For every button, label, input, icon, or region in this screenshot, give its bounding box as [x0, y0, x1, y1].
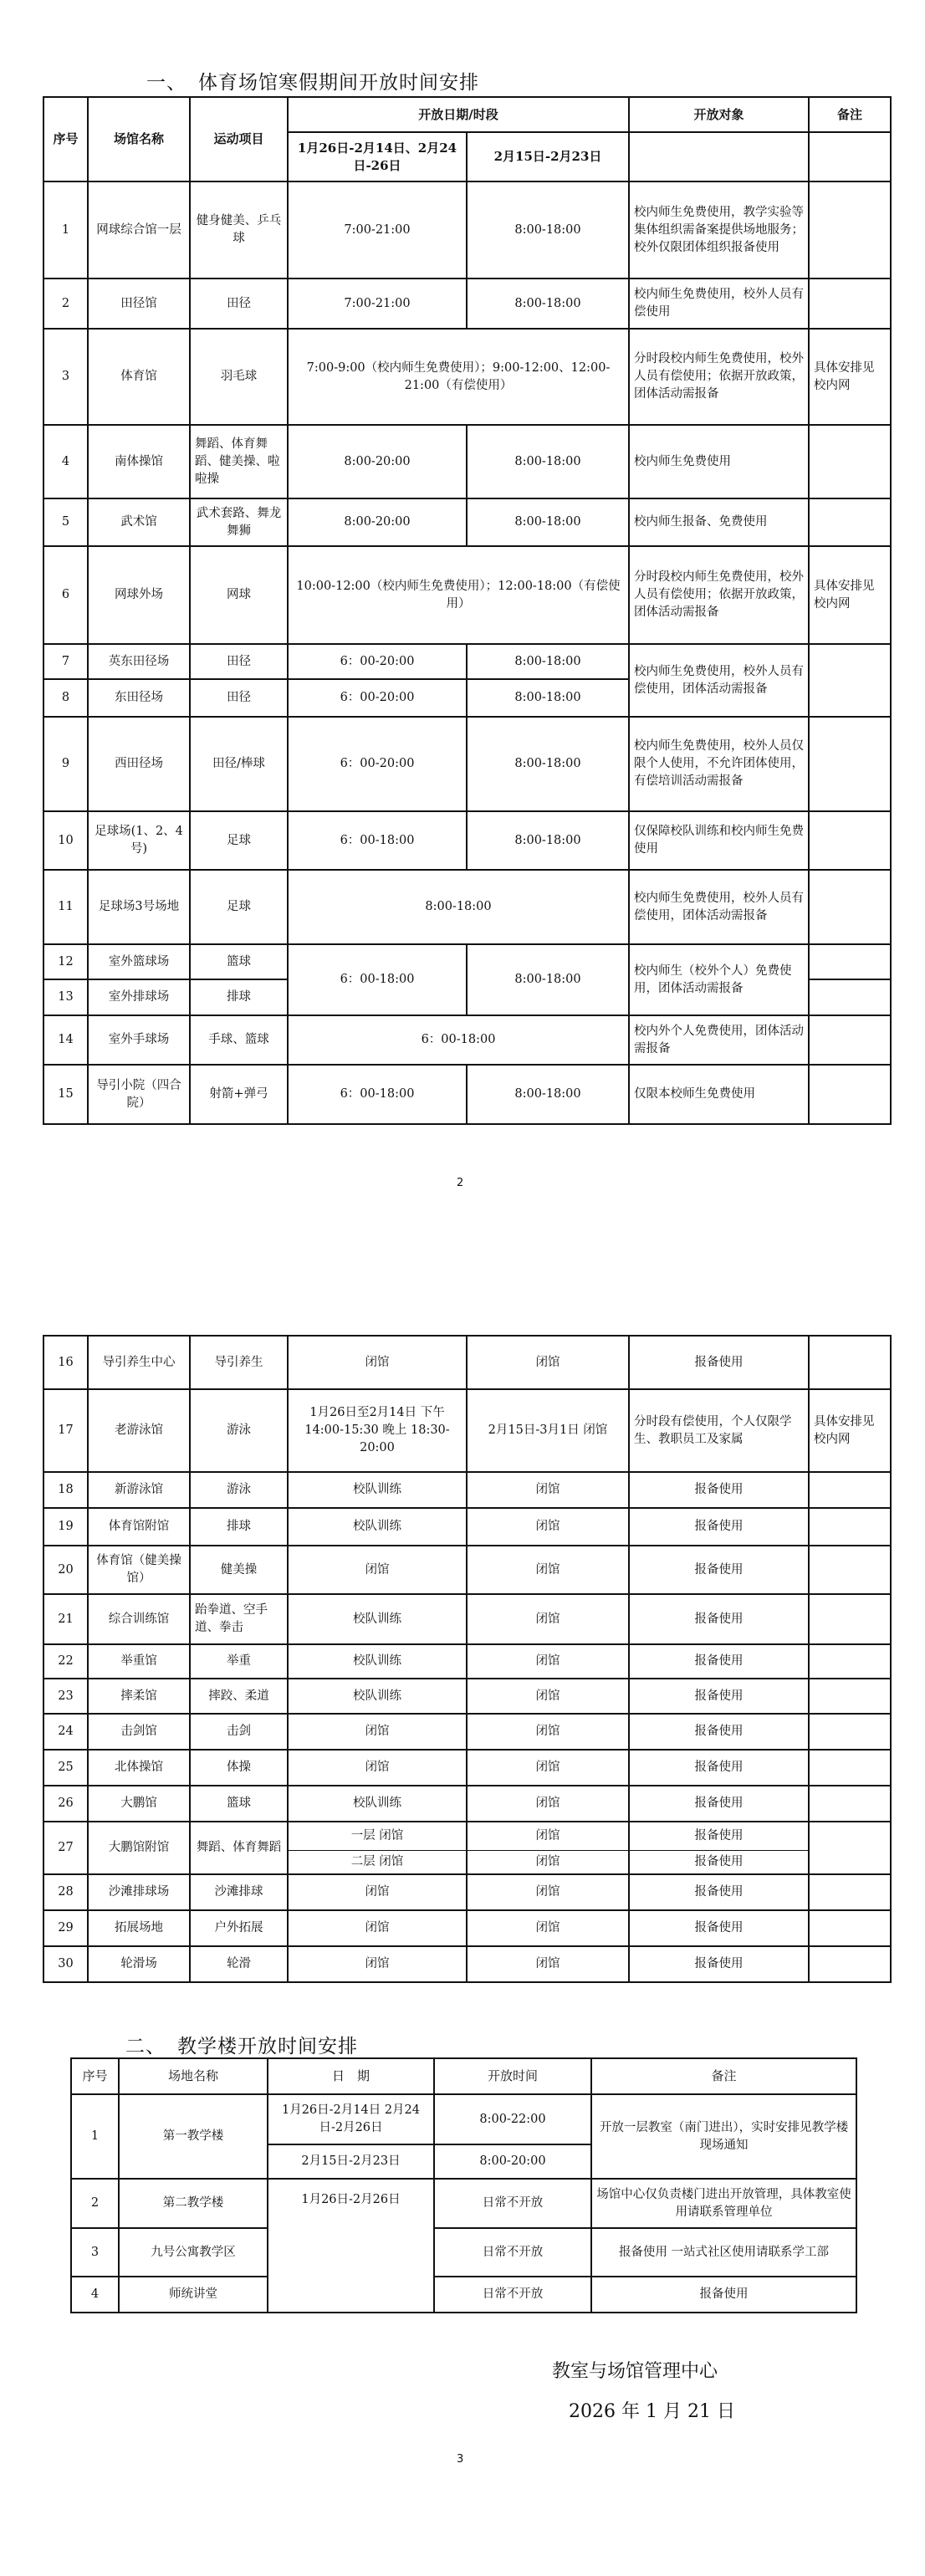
sports-venue-table-continued: 16 导引养生中心 导引养生 闭馆 闭馆 报备使用 17 老游泳馆 游泳 1月2… — [43, 1335, 892, 1983]
cell-remark — [809, 1336, 891, 1389]
signature-date: 2026 年 1 月 21 日 — [569, 2397, 735, 2423]
cell-no: 9 — [43, 717, 88, 811]
cell-sport: 田径 — [190, 279, 288, 329]
cell-remark — [809, 498, 891, 546]
header-date: 日 期 — [268, 2058, 434, 2094]
cell-venue: 网球综合馆一层 — [88, 181, 190, 279]
table-row: 30 轮滑场 轮滑 闭馆 闭馆 报备使用 — [43, 1946, 891, 1982]
cell-period-b: 8:00-18:00 — [467, 717, 629, 811]
header-period-a: 1月26日-2月14日、2月24日-26日 — [288, 132, 467, 181]
cell-period-a: 7:00-21:00 — [288, 279, 467, 329]
cell-time: 8:00-22:00 — [434, 2094, 591, 2144]
table-row: 20 体育馆（健美操馆） 健美操 闭馆 闭馆 报备使用 — [43, 1546, 891, 1594]
cell-audience: 分时段有偿使用，个人仅限学生、教职员工及家属 — [629, 1389, 809, 1472]
cell-sport: 手球、篮球 — [190, 1015, 288, 1065]
cell-audience: 仅限本校师生免费使用 — [629, 1065, 809, 1124]
cell-sport: 体操 — [190, 1750, 288, 1786]
cell-period-b: 闭馆 — [467, 1336, 629, 1389]
cell-no: 10 — [43, 811, 88, 870]
cell-period-a: 6：00-20:00 — [288, 717, 467, 811]
cell-date: 2月15日-2月23日 — [268, 2144, 434, 2179]
cell-venue: 南体操馆 — [88, 425, 190, 498]
cell-sport: 武术套路、舞龙舞狮 — [190, 498, 288, 546]
cell-venue: 东田径场 — [88, 679, 190, 717]
cell-venue: 沙滩排球场 — [88, 1874, 190, 1910]
cell-sport: 田径 — [190, 644, 288, 679]
table-row: 29 拓展场地 户外拓展 闭馆 闭馆 报备使用 — [43, 1910, 891, 1946]
cell-period-b-floor1: 闭馆 — [467, 1822, 629, 1850]
cell-remark: 具体安排见校内网 — [809, 546, 891, 644]
cell-period-b: 8:00-18:00 — [467, 1065, 629, 1124]
cell-audience: 报备使用 — [629, 1336, 809, 1389]
sports-venue-table: 序号 场馆名称 运动项目 开放日期/时段 开放对象 备注 1月26日-2月14日… — [43, 96, 892, 1125]
cell-sport: 田径 — [190, 679, 288, 717]
cell-audience: 报备使用 — [629, 1472, 809, 1508]
cell-period-a: 校队训练 — [288, 1786, 467, 1822]
cell-audience: 校内师生（校外个人）免费使用，团体活动需报备 — [629, 944, 809, 1015]
cell-period-a: 8:00-20:00 — [288, 498, 467, 546]
cell-period-b: 8:00-18:00 — [467, 498, 629, 546]
section-2-title: 二、教学楼开放时间安排 — [125, 2031, 358, 2058]
cell-period-a: 校队训练 — [288, 1472, 467, 1508]
cell-period-a-floor2: 二层 闭馆 — [288, 1850, 467, 1874]
cell-period-b: 闭馆 — [467, 1472, 629, 1508]
cell-period-b: 闭馆 — [467, 1594, 629, 1644]
cell-venue: 老游泳馆 — [88, 1389, 190, 1472]
cell-remark — [809, 1644, 891, 1679]
cell-period-a: 校队训练 — [288, 1594, 467, 1644]
cell-sport: 篮球 — [190, 1786, 288, 1822]
cell-remark — [809, 1714, 891, 1750]
cell-venue: 英东田径场 — [88, 644, 190, 679]
cell-period-b: 闭馆 — [467, 1786, 629, 1822]
cell-sport: 田径/棒球 — [190, 717, 288, 811]
header-audience-blank — [629, 132, 809, 181]
cell-audience: 分时段校内师生免费使用，校外人员有偿使用；依据开放政策，团体活动需报备 — [629, 546, 809, 644]
cell-sport: 游泳 — [190, 1389, 288, 1472]
cell-venue: 举重馆 — [88, 1644, 190, 1679]
cell-period-a: 8:00-20:00 — [288, 425, 467, 498]
cell-audience: 报备使用 — [629, 1546, 809, 1594]
cell-period-b: 8:00-18:00 — [467, 181, 629, 279]
header-time: 开放时间 — [434, 2058, 591, 2094]
cell-audience-floor2: 报备使用 — [629, 1850, 809, 1874]
section-1-title: 一、体育场馆寒假期间开放时间安排 — [146, 67, 479, 95]
cell-audience: 报备使用 — [629, 1594, 809, 1644]
cell-sport: 排球 — [190, 979, 288, 1015]
section-2-heading: 教学楼开放时间安排 — [177, 2036, 358, 2057]
cell-venue: 拓展场地 — [88, 1910, 190, 1946]
cell-period-a: 闭馆 — [288, 1714, 467, 1750]
cell-no: 28 — [43, 1874, 88, 1910]
cell-period-a: 6：00-20:00 — [288, 644, 467, 679]
cell-period-a: 1月26日至2月14日 下午 14:00-15:30 晚上 18:30-20:0… — [288, 1389, 467, 1472]
cell-venue: 综合训练馆 — [88, 1594, 190, 1644]
cell-sport: 排球 — [190, 1508, 288, 1546]
cell-no: 5 — [43, 498, 88, 546]
table-row: 27 大鹏馆附馆 舞蹈、体育舞蹈 一层 闭馆 闭馆 报备使用 — [43, 1822, 891, 1850]
cell-audience: 校内师生免费使用，校外人员有偿使用，团体活动需报备 — [629, 870, 809, 944]
cell-no: 14 — [43, 1015, 88, 1065]
table-row: 19 体育馆附馆 排球 校队训练 闭馆 报备使用 — [43, 1508, 891, 1546]
header-venue: 场地名称 — [119, 2058, 268, 2094]
header-remark: 备注 — [591, 2058, 856, 2094]
cell-no: 30 — [43, 1946, 88, 1982]
cell-remark — [809, 644, 891, 717]
cell-venue: 室外篮球场 — [88, 944, 190, 979]
cell-remark — [809, 1750, 891, 1786]
cell-no: 25 — [43, 1750, 88, 1786]
cell-remark — [809, 1786, 891, 1822]
cell-period-a: 闭馆 — [288, 1910, 467, 1946]
cell-sport: 舞蹈、体育舞蹈 — [190, 1822, 288, 1874]
table-row: 2 田径馆 田径 7:00-21:00 8:00-18:00 校内师生免费使用，… — [43, 279, 891, 329]
cell-no: 6 — [43, 546, 88, 644]
cell-no: 24 — [43, 1714, 88, 1750]
cell-no: 11 — [43, 870, 88, 944]
table-row: 2 第二教学楼 1月26日-2月26日 日常不开放 场馆中心仅负责楼门进出开放管… — [71, 2179, 856, 2228]
table-row: 17 老游泳馆 游泳 1月26日至2月14日 下午 14:00-15:30 晚上… — [43, 1389, 891, 1472]
cell-period-a: 校队训练 — [288, 1508, 467, 1546]
cell-remark — [809, 870, 891, 944]
table-row: 14 室外手球场 手球、篮球 6：00-18:00 校内外个人免费使用，团体活动… — [43, 1015, 891, 1065]
cell-period-merged: 7:00-9:00（校内师生免费使用）；9:00-12:00、12:00-21:… — [288, 329, 629, 425]
header-no: 序号 — [43, 97, 88, 181]
header-remark-blank — [809, 132, 891, 181]
cell-period-a: 校队训练 — [288, 1644, 467, 1679]
table-row: 11 足球场3号场地 足球 8:00-18:00 校内师生免费使用，校外人员有偿… — [43, 870, 891, 944]
cell-venue: 武术馆 — [88, 498, 190, 546]
section-1-number: 一、 — [146, 67, 198, 95]
cell-period-b: 闭馆 — [467, 1508, 629, 1546]
cell-period-a: 闭馆 — [288, 1546, 467, 1594]
cell-audience: 报备使用 — [629, 1874, 809, 1910]
cell-venue: 网球外场 — [88, 546, 190, 644]
section-1-heading: 体育场馆寒假期间开放时间安排 — [198, 72, 479, 94]
cell-audience: 报备使用 — [629, 1508, 809, 1546]
cell-audience: 校内师生免费使用，校外人员有偿使用 — [629, 279, 809, 329]
cell-remark — [809, 1472, 891, 1508]
cell-period-a: 闭馆 — [288, 1336, 467, 1389]
cell-venue: 师统讲堂 — [119, 2277, 268, 2313]
cell-venue: 体育馆 — [88, 329, 190, 425]
cell-remark — [809, 1910, 891, 1946]
table-row: 28 沙滩排球场 沙滩排球 闭馆 闭馆 报备使用 — [43, 1874, 891, 1910]
cell-remark: 具体安排见校内网 — [809, 1389, 891, 1472]
cell-no: 20 — [43, 1546, 88, 1594]
cell-period-a: 6：00-18:00 — [288, 1065, 467, 1124]
cell-sport: 篮球 — [190, 944, 288, 979]
cell-sport: 游泳 — [190, 1472, 288, 1508]
cell-sport: 羽毛球 — [190, 329, 288, 425]
cell-period-a: 校队训练 — [288, 1679, 467, 1714]
cell-sport: 举重 — [190, 1644, 288, 1679]
cell-period-b: 闭馆 — [467, 1874, 629, 1910]
cell-no: 7 — [43, 644, 88, 679]
cell-sport: 击剑 — [190, 1714, 288, 1750]
cell-period-b: 闭馆 — [467, 1750, 629, 1786]
table-row: 23 摔柔馆 摔跤、柔道 校队训练 闭馆 报备使用 — [43, 1679, 891, 1714]
header-period-b: 2月15日-2月23日 — [467, 132, 629, 181]
cell-sport: 射箭+弹弓 — [190, 1065, 288, 1124]
cell-remark — [809, 1946, 891, 1982]
page-number-last: 3 — [457, 2453, 463, 2466]
cell-audience: 校内师生免费使用 — [629, 425, 809, 498]
header-venue: 场馆名称 — [88, 97, 190, 181]
table-row: 10 足球场(1、2、4号) 足球 6：00-18:00 8:00-18:00 … — [43, 811, 891, 870]
cell-audience: 校内师生免费使用，校外人员仅限个人使用，不允许团体使用，有偿培训活动需报备 — [629, 717, 809, 811]
header-audience: 开放对象 — [629, 97, 809, 132]
table-row: 26 大鹏馆 篮球 校队训练 闭馆 报备使用 — [43, 1786, 891, 1822]
cell-period-merged: 6：00-18:00 — [288, 1015, 629, 1065]
cell-no: 4 — [71, 2277, 119, 2313]
table-row: 24 击剑馆 击剑 闭馆 闭馆 报备使用 — [43, 1714, 891, 1750]
cell-no: 3 — [43, 329, 88, 425]
cell-remark — [809, 1065, 891, 1124]
header-period: 开放日期/时段 — [288, 97, 629, 132]
cell-period-b-floor2: 闭馆 — [467, 1850, 629, 1874]
page-number: 2 — [457, 1177, 463, 1189]
cell-period-b: 8:00-18:00 — [467, 944, 629, 1015]
cell-venue: 田径馆 — [88, 279, 190, 329]
cell-sport: 轮滑 — [190, 1946, 288, 1982]
cell-period-a: 6：00-18:00 — [288, 811, 467, 870]
cell-time: 日常不开放 — [434, 2179, 591, 2228]
cell-no: 4 — [43, 425, 88, 498]
cell-period-b: 8:00-18:00 — [467, 811, 629, 870]
cell-time: 8:00-20:00 — [434, 2144, 591, 2179]
cell-sport: 网球 — [190, 546, 288, 644]
cell-no: 13 — [43, 979, 88, 1015]
cell-remark: 报备使用 一站式社区使用请联系学工部 — [591, 2228, 856, 2277]
table-row: 18 新游泳馆 游泳 校队训练 闭馆 报备使用 — [43, 1472, 891, 1508]
cell-audience-floor1: 报备使用 — [629, 1822, 809, 1850]
cell-no: 12 — [43, 944, 88, 979]
cell-venue: 体育馆（健美操馆） — [88, 1546, 190, 1594]
cell-period-a: 7:00-21:00 — [288, 181, 467, 279]
cell-no: 19 — [43, 1508, 88, 1546]
cell-audience: 报备使用 — [629, 1750, 809, 1786]
cell-period-b: 闭馆 — [467, 1546, 629, 1594]
cell-sport: 跆拳道、空手道、拳击 — [190, 1594, 288, 1644]
cell-no: 2 — [71, 2179, 119, 2228]
cell-time: 日常不开放 — [434, 2277, 591, 2313]
cell-period-b: 闭馆 — [467, 1679, 629, 1714]
cell-period-a: 闭馆 — [288, 1750, 467, 1786]
cell-period-b: 闭馆 — [467, 1644, 629, 1679]
cell-remark — [809, 1679, 891, 1714]
cell-date-shared: 1月26日-2月26日 — [268, 2179, 434, 2313]
cell-period-b: 8:00-18:00 — [467, 679, 629, 717]
cell-period-b: 闭馆 — [467, 1910, 629, 1946]
cell-remark: 具体安排见校内网 — [809, 329, 891, 425]
cell-no: 8 — [43, 679, 88, 717]
table-row: 22 举重馆 举重 校队训练 闭馆 报备使用 — [43, 1644, 891, 1679]
header-remark: 备注 — [809, 97, 891, 132]
cell-audience: 报备使用 — [629, 1644, 809, 1679]
cell-period-merged: 8:00-18:00 — [288, 870, 629, 944]
teaching-building-table: 序号 场地名称 日 期 开放时间 备注 1 第一教学楼 1月26日-2月14日 … — [70, 2057, 857, 2313]
cell-sport: 沙滩排球 — [190, 1874, 288, 1910]
cell-period-a: 闭馆 — [288, 1946, 467, 1982]
table-row: 6 网球外场 网球 10:00-12:00（校内师生免费使用）；12:00-18… — [43, 546, 891, 644]
table-row: 12 室外篮球场 篮球 6：00-18:00 8:00-18:00 校内师生（校… — [43, 944, 891, 979]
cell-remark: 报备使用 — [591, 2277, 856, 2313]
cell-audience: 报备使用 — [629, 1679, 809, 1714]
cell-audience: 报备使用 — [629, 1910, 809, 1946]
cell-remark — [809, 979, 891, 1015]
table-row: 21 综合训练馆 跆拳道、空手道、拳击 校队训练 闭馆 报备使用 — [43, 1594, 891, 1644]
cell-no: 23 — [43, 1679, 88, 1714]
cell-period-b: 闭馆 — [467, 1714, 629, 1750]
cell-audience: 分时段校内师生免费使用，校外人员有偿使用；依据开放政策，团体活动需报备 — [629, 329, 809, 425]
cell-remark: 场馆中心仅负责楼门进出开放管理，具体教室使用请联系管理单位 — [591, 2179, 856, 2228]
cell-venue: 九号公寓教学区 — [119, 2228, 268, 2277]
cell-remark — [809, 1874, 891, 1910]
cell-venue: 大鹏馆 — [88, 1786, 190, 1822]
cell-remark — [809, 811, 891, 870]
cell-audience: 报备使用 — [629, 1714, 809, 1750]
cell-remark — [809, 717, 891, 811]
cell-venue: 导引小院（四合院） — [88, 1065, 190, 1124]
table-row: 15 导引小院（四合院） 射箭+弹弓 6：00-18:00 8:00-18:00… — [43, 1065, 891, 1124]
cell-venue: 击剑馆 — [88, 1714, 190, 1750]
cell-no: 27 — [43, 1822, 88, 1874]
cell-sport: 导引养生 — [190, 1336, 288, 1389]
section-2-number: 二、 — [125, 2031, 177, 2058]
signature-org: 教室与场馆管理中心 — [552, 2357, 718, 2383]
cell-remark: 开放一层教室（南门进出），实时安排见教学楼现场通知 — [591, 2094, 856, 2179]
cell-period-a: 6：00-20:00 — [288, 679, 467, 717]
cell-period-merged: 10:00-12:00（校内师生免费使用）；12:00-18:00（有偿使用） — [288, 546, 629, 644]
cell-period-b: 8:00-18:00 — [467, 279, 629, 329]
cell-period-b: 2月15日-3月1日 闭馆 — [467, 1389, 629, 1472]
cell-remark — [809, 1508, 891, 1546]
cell-period-b: 8:00-18:00 — [467, 425, 629, 498]
cell-period-b: 8:00-18:00 — [467, 644, 629, 679]
table-row: 16 导引养生中心 导引养生 闭馆 闭馆 报备使用 — [43, 1336, 891, 1389]
cell-remark — [809, 181, 891, 279]
header-sport: 运动项目 — [190, 97, 288, 181]
cell-remark — [809, 1822, 891, 1874]
cell-time: 日常不开放 — [434, 2228, 591, 2277]
cell-venue: 导引养生中心 — [88, 1336, 190, 1389]
cell-no: 29 — [43, 1910, 88, 1946]
cell-audience: 校内师生免费使用，校外人员有偿使用，团体活动需报备 — [629, 644, 809, 717]
cell-audience: 校内师生免费使用，教学实验等集体组织需备案提供场地服务；校外仅限团体组织报备使用 — [629, 181, 809, 279]
cell-no: 21 — [43, 1594, 88, 1644]
cell-no: 3 — [71, 2228, 119, 2277]
cell-remark — [809, 1015, 891, 1065]
cell-venue: 第二教学楼 — [119, 2179, 268, 2228]
table-row: 1 第一教学楼 1月26日-2月14日 2月24日-2月26日 8:00-22:… — [71, 2094, 856, 2144]
cell-venue: 西田径场 — [88, 717, 190, 811]
cell-venue: 足球场(1、2、4号) — [88, 811, 190, 870]
cell-venue: 第一教学楼 — [119, 2094, 268, 2179]
cell-period-a: 6：00-18:00 — [288, 944, 467, 1015]
cell-remark — [809, 1594, 891, 1644]
cell-audience: 报备使用 — [629, 1786, 809, 1822]
table-row: 5 武术馆 武术套路、舞龙舞狮 8:00-20:00 8:00-18:00 校内… — [43, 498, 891, 546]
cell-sport: 舞蹈、体育舞蹈、健美操、啦啦操 — [190, 425, 288, 498]
cell-remark — [809, 944, 891, 979]
cell-no: 1 — [43, 181, 88, 279]
cell-no: 17 — [43, 1389, 88, 1472]
cell-date: 1月26日-2月14日 2月24日-2月26日 — [268, 2094, 434, 2144]
cell-venue: 大鹏馆附馆 — [88, 1822, 190, 1874]
cell-sport: 健美操 — [190, 1546, 288, 1594]
cell-period-a: 闭馆 — [288, 1874, 467, 1910]
table-row: 9 西田径场 田径/棒球 6：00-20:00 8:00-18:00 校内师生免… — [43, 717, 891, 811]
table-row: 7 英东田径场 田径 6：00-20:00 8:00-18:00 校内师生免费使… — [43, 644, 891, 679]
table-row: 3 九号公寓教学区 日常不开放 报备使用 一站式社区使用请联系学工部 — [71, 2228, 856, 2277]
cell-period-a-floor1: 一层 闭馆 — [288, 1822, 467, 1850]
table-row: 4 南体操馆 舞蹈、体育舞蹈、健美操、啦啦操 8:00-20:00 8:00-1… — [43, 425, 891, 498]
header-no: 序号 — [71, 2058, 119, 2094]
cell-remark — [809, 1546, 891, 1594]
table-row: 4 师统讲堂 日常不开放 报备使用 — [71, 2277, 856, 2313]
cell-no: 16 — [43, 1336, 88, 1389]
cell-venue: 室外手球场 — [88, 1015, 190, 1065]
cell-venue: 摔柔馆 — [88, 1679, 190, 1714]
cell-venue: 室外排球场 — [88, 979, 190, 1015]
cell-audience: 报备使用 — [629, 1946, 809, 1982]
cell-period-b: 闭馆 — [467, 1946, 629, 1982]
cell-venue: 新游泳馆 — [88, 1472, 190, 1508]
cell-audience: 校内外个人免费使用，团体活动需报备 — [629, 1015, 809, 1065]
table-row: 3 体育馆 羽毛球 7:00-9:00（校内师生免费使用）；9:00-12:00… — [43, 329, 891, 425]
cell-venue: 体育馆附馆 — [88, 1508, 190, 1546]
cell-venue: 轮滑场 — [88, 1946, 190, 1982]
cell-no: 2 — [43, 279, 88, 329]
cell-sport: 健身健美、乒乓球 — [190, 181, 288, 279]
cell-sport: 足球 — [190, 870, 288, 944]
cell-audience: 仅保障校队训练和校内师生免费使用 — [629, 811, 809, 870]
cell-venue: 北体操馆 — [88, 1750, 190, 1786]
cell-no: 26 — [43, 1786, 88, 1822]
table-row: 1 网球综合馆一层 健身健美、乒乓球 7:00-21:00 8:00-18:00… — [43, 181, 891, 279]
cell-no: 15 — [43, 1065, 88, 1124]
cell-sport: 足球 — [190, 811, 288, 870]
cell-no: 1 — [71, 2094, 119, 2179]
cell-audience: 校内师生报备、免费使用 — [629, 498, 809, 546]
cell-no: 22 — [43, 1644, 88, 1679]
cell-remark — [809, 425, 891, 498]
cell-sport: 摔跤、柔道 — [190, 1679, 288, 1714]
cell-remark — [809, 279, 891, 329]
table-row: 25 北体操馆 体操 闭馆 闭馆 报备使用 — [43, 1750, 891, 1786]
cell-sport: 户外拓展 — [190, 1910, 288, 1946]
cell-no: 18 — [43, 1472, 88, 1508]
cell-venue: 足球场3号场地 — [88, 870, 190, 944]
